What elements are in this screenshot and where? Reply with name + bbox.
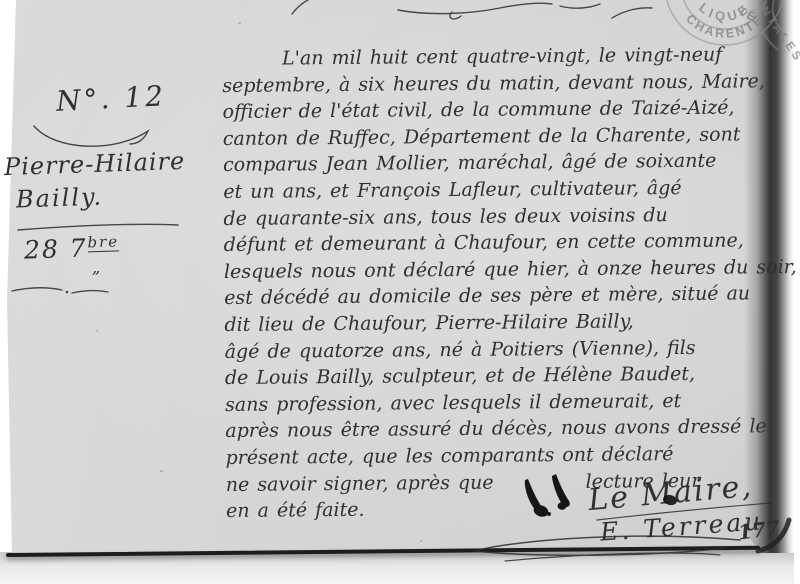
paper-speck [420, 540, 422, 542]
margin-date-month-abbrev: bre [87, 232, 119, 252]
act-line-left: ne savoir signer, après que [226, 471, 494, 495]
act-line: comparus Jean Mollier, maréchal, âgé de … [223, 148, 775, 179]
scan-background-below-page [0, 552, 794, 584]
act-line: L'an mil huit cent quatre-vingt, le ving… [222, 41, 774, 72]
scanned-register-page: CHARENTE LIQUE TÉ NTALES N°. 12 Pierre-H… [0, 0, 800, 584]
act-line: est décédé au domicile de ses père et mè… [224, 281, 776, 312]
paper-speck [160, 470, 163, 472]
act-body-text: L'an mil huit cent quatre-vingt, le ving… [222, 41, 778, 524]
margin-date-day: 28 7 [24, 233, 89, 264]
paper-speck [96, 330, 98, 332]
paper-speck [238, 22, 241, 24]
act-line: de Louis Bailly, sculpteur, et de Hélène… [225, 360, 777, 391]
act-number: N°. 12 [55, 79, 167, 118]
margin-deceased-name-line2: Bailly. [16, 182, 104, 213]
margin-date-ditto-mark: „ [92, 258, 100, 277]
margin-date: 28 7bre [24, 232, 120, 264]
page-number: 177 [737, 516, 781, 545]
act-line: après nous être assuré du décès, nous av… [225, 413, 777, 444]
